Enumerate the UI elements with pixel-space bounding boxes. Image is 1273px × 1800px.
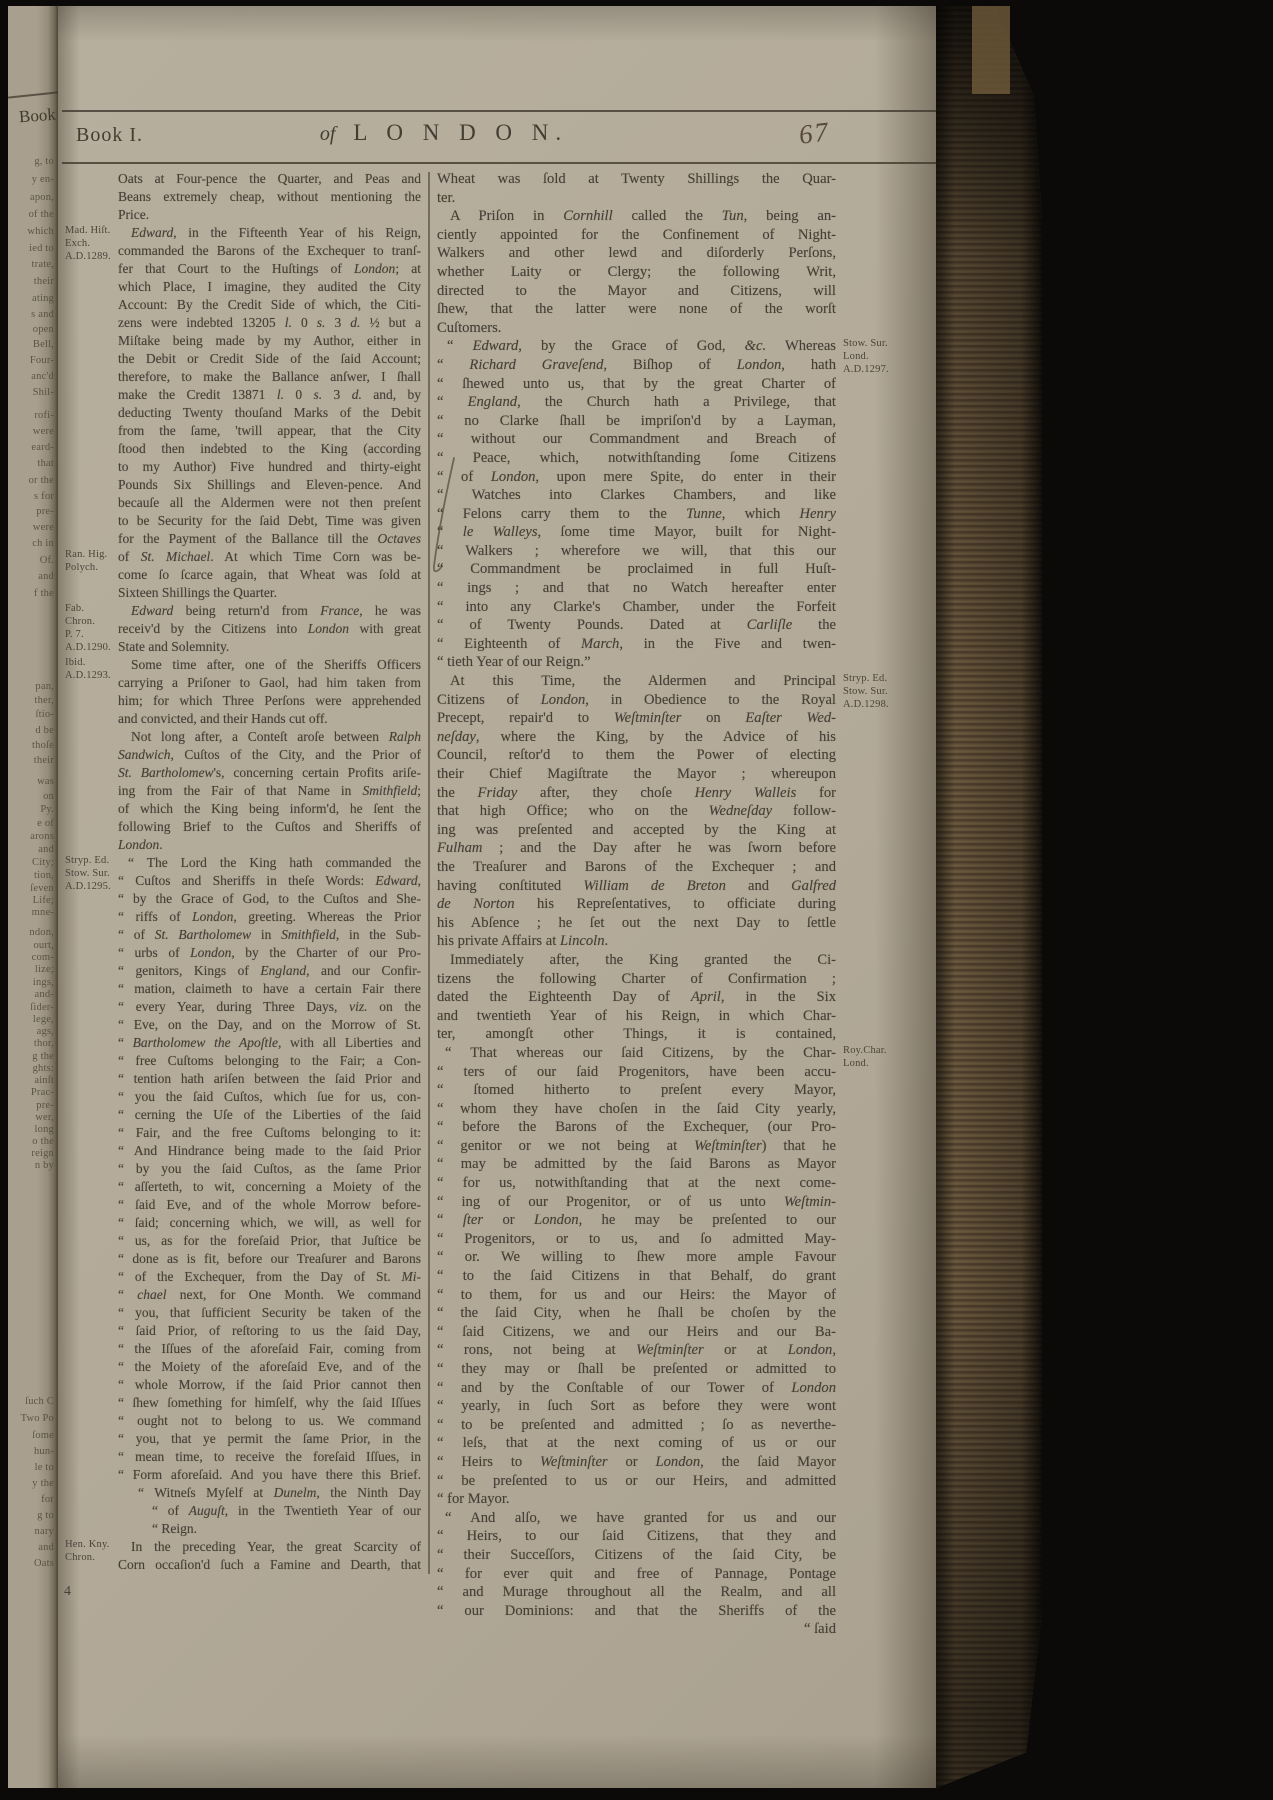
prev-page-fragment: lize; <box>35 964 54 975</box>
text-line: Cuſtomers. <box>437 319 836 338</box>
header-title: of L O N D O N. <box>62 120 826 146</box>
prev-page-fragment: hun- <box>34 1446 54 1457</box>
prev-page-fragment: ſeven <box>30 883 54 894</box>
prev-page-fragment: ainſt <box>34 1075 54 1086</box>
prev-page-fragment: ings, <box>33 977 54 988</box>
text-line: “ the Iſſues of the aforeſaid Fair, comi… <box>118 1340 421 1358</box>
text-body: Mad. Hiſt.Exch.A.D.1289.Ran. Hig.Polych.… <box>62 170 936 1660</box>
text-line: “ aſſerteth, to wit, concerning a Moiety… <box>118 1178 421 1196</box>
text-line: “ Progenitors, or to us, and ſo admitted… <box>437 1230 836 1249</box>
left-margin-notes: Mad. Hiſt.Exch.A.D.1289.Ran. Hig.Polych.… <box>62 170 118 1660</box>
text-line: “ the ſaid City, when he ſhall be choſen… <box>437 1304 836 1323</box>
prev-page-fragment: of the <box>29 209 54 220</box>
text-line: In the preceding Year, the great Scarcit… <box>118 1538 421 1556</box>
text-line: “ genitor or we not being at Weſtminſter… <box>437 1137 836 1156</box>
text-line: deducting Twenty thouſand Marks of the D… <box>118 404 421 422</box>
text-line: “ And Hindrance being made to the ſaid P… <box>118 1142 421 1160</box>
prev-page-fragment: Oats <box>34 1558 54 1569</box>
prev-page-fragment: pre- <box>36 506 54 517</box>
text-line: his Abſence ; he ſet out the next Day to… <box>437 914 836 933</box>
prev-page-fragment: were <box>33 522 54 533</box>
text-line: whether Laity or Clergy; the following W… <box>437 263 836 282</box>
text-line: “ of St. Bartholomew in Smithfield, in t… <box>118 926 421 944</box>
prev-page-fragment: com- <box>32 952 54 963</box>
text-line: Oats at Four-pence the Quarter, and Peas… <box>118 170 421 188</box>
margin-note: Ibid.A.D.1293. <box>65 656 111 682</box>
text-line: ciently appointed for the Confinement of… <box>437 226 836 245</box>
text-line: “ Reign. <box>118 1520 421 1538</box>
text-line: ſhew, that the latter were none of the w… <box>437 300 836 319</box>
text-line: “ Eighteenth of March, in the Five and t… <box>437 635 836 654</box>
text-line: “ you the ſaid Cuſtos, which ſue for us,… <box>118 1088 421 1106</box>
text-line: “ their Succeſſors, Citizens of the ſaid… <box>437 1546 836 1565</box>
text-line: receiv'd by the Citizens into London wit… <box>118 620 421 638</box>
margin-note: Stow. Sur.Lond.A.D.1297. <box>843 337 889 376</box>
prev-page-fragment: were <box>33 426 54 437</box>
text-line: “ the Moiety of the aforeſaid Eve, and o… <box>118 1358 421 1376</box>
prev-page-fragment: ating <box>32 293 54 304</box>
header-london: L O N D O N. <box>353 120 568 145</box>
text-line: Price. <box>118 206 421 224</box>
text-line: “ for Mayor. <box>437 1490 836 1509</box>
text-line: their Chief Magiſtrate the Mayor ; where… <box>437 765 836 784</box>
prev-page-fragment: for <box>41 1494 54 1505</box>
margin-note: Ran. Hig.Polych. <box>65 548 107 574</box>
text-line: for the Payment of the Ballance till the… <box>118 530 421 548</box>
prev-page-fragment: Life; <box>33 895 54 906</box>
text-line: directed to the Mayor and Citizens, will <box>437 282 836 301</box>
prev-page-fragment: anc'd <box>31 371 54 382</box>
prev-page-fragment: was <box>37 776 54 787</box>
text-line: and convicted, and their Hands cut off. <box>118 710 421 728</box>
text-line: fer that Court to the Huſtings of London… <box>118 260 421 278</box>
text-line: come ſo ſcarce again, that Wheat was ſol… <box>118 566 421 584</box>
prev-page-fragment: ſuch C <box>25 1396 54 1407</box>
text-line: Pounds Six Shillings and Eleven-pence. A… <box>118 476 421 494</box>
right-text-column: Wheat was ſold at Twenty Shillings the Q… <box>437 170 836 1639</box>
text-line: neſday, where the King, by the Advice of… <box>437 728 836 747</box>
text-line: Edward being return'd from France, he wa… <box>118 602 421 620</box>
text-line: Corn occaſion'd ſuch a Famine and Dearth… <box>118 1556 421 1574</box>
prev-page-fragment: Two Po <box>21 1413 54 1424</box>
prev-page-fragment: ther, <box>34 695 54 706</box>
prev-page-fragment: ied to <box>29 243 54 254</box>
text-line: Wheat was ſold at Twenty Shillings the Q… <box>437 170 836 189</box>
text-line: “ And alſo, we have granted for us and o… <box>437 1509 836 1528</box>
text-line: Beans extremely cheap, without mentionin… <box>118 188 421 206</box>
text-line: from the ſame, 'twill appear, that the C… <box>118 422 421 440</box>
column-gutter <box>421 170 437 1660</box>
page-number: 67 <box>797 116 832 151</box>
text-line: Miſtake being made by my Author, either … <box>118 332 421 350</box>
right-margin-notes: Stow. Sur.Lond.A.D.1297.Stryp. Ed.Stow. … <box>836 170 936 1660</box>
text-line: “ may be admitted by the ſaid Barons as … <box>437 1155 836 1174</box>
scanned-book-photo: { "colors":{"paper":"#b3aa99","ink":"#45… <box>0 0 1273 1800</box>
prev-page-fragment: that <box>37 458 54 469</box>
text-line: “ whole Morrow, if the ſaid Prior cannot… <box>118 1376 421 1394</box>
prev-page-fragment: ghts: <box>33 1063 54 1074</box>
text-line: the Friday after, they choſe Henry Walle… <box>437 784 836 803</box>
text-line: “ ſtomed hitherto to preſent every Mayor… <box>437 1081 836 1100</box>
margin-note: Roy.Char.Lond. <box>843 1044 887 1070</box>
text-line: “ to them, for us and our Heirs: the May… <box>437 1286 836 1305</box>
text-line: “ ſhewed unto us, that by the great Char… <box>437 375 836 394</box>
text-line: “ Heirs to Weſtminſter or London, the ſa… <box>437 1453 836 1472</box>
text-line: to my Author) Five hundred and thirty-ei… <box>118 458 421 476</box>
text-line: Not long after, a Conteſt aroſe between … <box>118 728 421 746</box>
text-line: “ leſs, that at the next coming of us or… <box>437 1434 836 1453</box>
text-line: “ Edward, by the Grace of God, &c. Where… <box>437 337 836 356</box>
text-line: “ Heirs, to our ſaid Citizens, that they… <box>437 1527 836 1546</box>
prev-page-fragment: long <box>35 1124 54 1135</box>
text-line: “ ſter or London, he may be preſented to… <box>437 1211 836 1230</box>
text-line: “ Richard Graveſend, Biſhop of London, h… <box>437 356 836 375</box>
prev-page-fragment: g to <box>37 1510 54 1521</box>
text-line: Precept, repair'd to Weſtminſter on Eaſt… <box>437 709 836 728</box>
text-line: carrying a Priſoner to Gaol, had him tak… <box>118 674 421 692</box>
prev-page-fragment: ourt, <box>33 940 54 951</box>
text-line: “ of the Exchequer, from the Day of St. … <box>118 1268 421 1286</box>
text-line: A Priſon in Cornhill called the Tun, bei… <box>437 207 836 226</box>
book-scan-background: Book g, toy en-apon,of thewhichied totra… <box>0 0 1273 1800</box>
text-line: “ for us, notwithſtanding that at the ne… <box>437 1174 836 1193</box>
prev-page-fragment: f the <box>34 588 54 599</box>
text-line: “ cerning the Uſe of the Liberties of th… <box>118 1106 421 1124</box>
prev-page-fragment: g, to <box>34 156 54 167</box>
text-line: “ mation, claimeth to have a certain Fai… <box>118 980 421 998</box>
text-line: Account: By the Credit Side of which, th… <box>118 296 421 314</box>
text-line: ſtood then indebted to the King (accordi… <box>118 440 421 458</box>
text-line: “ ſaid <box>437 1620 836 1639</box>
prev-page-fragment: ndon, <box>29 927 54 938</box>
text-line: “ or. We willing to ſhew more ample Favo… <box>437 1248 836 1267</box>
text-line: of which the King being inform'd, he ſen… <box>118 800 421 818</box>
prev-page-fragment: ſtio- <box>36 709 55 720</box>
prev-page-fragment: arons <box>30 831 54 842</box>
text-line: “ Bartholomew the Apoſtle, with all Libe… <box>118 1034 421 1052</box>
prev-page-fragment: n by <box>35 1160 54 1171</box>
prev-page-fragment: on <box>43 791 54 802</box>
prev-page-fragment: Shil- <box>33 387 54 398</box>
margin-note: Fab.Chron.P. 7.A.D.1290. <box>65 602 111 654</box>
prev-page-fragment: o the <box>32 1136 54 1147</box>
prev-page-fragment: y the <box>32 1478 54 1489</box>
text-line: “ Cuſtos and Sheriffs in theſe Words: Ed… <box>118 872 421 890</box>
prev-page-fragment: mne- <box>32 907 54 918</box>
text-line: and twentieth Year of his Reign, in whic… <box>437 1007 836 1026</box>
text-line: him; for which Three Perſons were appreh… <box>118 692 421 710</box>
text-line: “ you, that ſufficient Security be taken… <box>118 1304 421 1322</box>
header-of: of <box>320 123 336 145</box>
text-line: that high Office; who on the Wedneſday f… <box>437 802 836 821</box>
text-line: tizens the following Charter of Confirma… <box>437 970 836 989</box>
text-line: “ of Auguſt, in the Twentieth Year of ou… <box>118 1502 421 1520</box>
margin-note: Stryp. Ed.Stow. Sur.A.D.1295. <box>65 854 111 893</box>
prev-page-fragment: le to <box>35 1462 54 1473</box>
text-line: “ mean time, to receive the foreſaid Iſſ… <box>118 1448 421 1466</box>
text-line: “ urbs of London, by the Charter of our … <box>118 944 421 962</box>
text-line: “ by the Grace of God, to the Cuſtos and… <box>118 890 421 908</box>
text-line: “ ings ; and that no Watch hereafter ent… <box>437 579 836 598</box>
prev-page-fragment: lege, <box>33 1014 54 1025</box>
text-line: of St. Michael. At which Time Corn was b… <box>118 548 421 566</box>
text-line: “ tieth Year of our Reign.” <box>437 653 836 672</box>
text-line: becauſe all the Aldermen were not then p… <box>118 494 421 512</box>
text-line: “ ſaid Prior, of reſtoring to us the ſai… <box>118 1322 421 1340</box>
text-line: “ Eve, on the Day, and on the Morrow of … <box>118 1016 421 1034</box>
prev-page-fragment: pre- <box>36 1100 54 1111</box>
text-line: zens were indebted 13205 l. 0 s. 3 d. ½ … <box>118 314 421 332</box>
prev-page-fragment: eard- <box>31 442 54 453</box>
text-line: “ to the ſaid Citizens in that Behalf, d… <box>437 1267 836 1286</box>
text-line: “ they may or ſhall be preſented or admi… <box>437 1360 836 1379</box>
text-line: Some time after, one of the Sheriffs Off… <box>118 656 421 674</box>
text-line: “ free Cuſtoms belonging to the Fair; a … <box>118 1052 421 1070</box>
prev-page-fragment: and <box>38 571 54 582</box>
text-line: his private Affairs at Lincoln. <box>437 932 836 951</box>
text-line: “ chael next, for One Month. We command <box>118 1286 421 1304</box>
column-divider-rule <box>428 172 430 1574</box>
book-fore-edge <box>936 6 1042 1788</box>
text-line: “ no Clarke ſhall be impriſon'd by a Lay… <box>437 412 836 431</box>
text-line: the Debit or Credit Side of the ſaid Acc… <box>118 350 421 368</box>
prev-page-fragment: s and <box>31 309 54 320</box>
text-line: “ le Walleys, ſome time Mayor, built for… <box>437 523 836 542</box>
text-line: which Place, I imagine, they audited the… <box>118 278 421 296</box>
fore-edge-notch <box>972 6 1010 94</box>
prev-page-fragment: and <box>38 1542 54 1553</box>
text-line: Immediately after, the King granted the … <box>437 951 836 970</box>
previous-page-edge: Book g, toy en-apon,of thewhichied totra… <box>8 6 58 1788</box>
text-line: “ ſhew ſomething for himſelf, why the ſa… <box>118 1394 421 1412</box>
text-line: “ done as is fit, before our Treaſurer a… <box>118 1250 421 1268</box>
prev-page-fragment: or the <box>29 475 54 486</box>
text-line: “ ters of our ſaid Progenitors, have bee… <box>437 1063 836 1082</box>
text-line: “ before the Barons of the Exchequer, (o… <box>437 1118 836 1137</box>
prev-page-fragment: Py. <box>40 804 54 815</box>
text-line: “ Walkers ; wherefore we will, that this… <box>437 542 836 561</box>
prev-page-fragment: which <box>27 226 54 237</box>
text-line: ing was preſented and accepted by the Ki… <box>437 821 836 840</box>
text-line: “ rons, not being at Weſtminſter or at L… <box>437 1341 836 1360</box>
text-line: “ ing of our Progenitor, or of us unto W… <box>437 1193 836 1212</box>
text-line: following Brief to the Cuſtos and Sherif… <box>118 818 421 836</box>
text-line: “ tention hath ariſen between the ſaid P… <box>118 1070 421 1088</box>
text-line: “ ſaid Citizens, we and our Heirs and ou… <box>437 1323 836 1342</box>
text-line: make the Credit 13871 l. 0 s. 3 d. and, … <box>118 386 421 404</box>
running-header: Book I. of L O N D O N. 67 <box>62 110 936 164</box>
text-line: Sixteen Shillings the Quarter. <box>118 584 421 602</box>
prev-page-fragment: ſome <box>32 1430 54 1441</box>
prev-page-fragment: y en- <box>32 174 54 185</box>
prev-page-fragment: d be <box>35 725 54 736</box>
prev-page-fragment: ſider- <box>30 1002 54 1013</box>
text-line: “ for ever quit and free of Pannage, Pon… <box>437 1565 836 1584</box>
text-line: “ riffs of London, greeting. Whereas the… <box>118 908 421 926</box>
prev-page-fragment: Of. <box>40 555 54 566</box>
text-line: “ by you the ſaid Cuſtos, as the ſame Pr… <box>118 1160 421 1178</box>
text-line: London. <box>118 836 421 854</box>
text-line: “ of Twenty Pounds. Dated at Carliſle th… <box>437 616 836 635</box>
signature-mark: 4 <box>64 1584 71 1600</box>
text-line: “ our Dominions: and that the Sheriffs o… <box>437 1602 836 1621</box>
text-line: “ and Murage throughout all the Realm, a… <box>437 1583 836 1602</box>
prev-page-fragment: rofi- <box>34 410 54 421</box>
prev-page-fragment: ags, <box>37 1026 54 1037</box>
prev-page-fragment: and- <box>35 989 54 1000</box>
text-line: “ ſaid Eve, and of the whole Morrow befo… <box>118 1196 421 1214</box>
text-line: “ Commandment be proclaimed in full Huſt… <box>437 560 836 579</box>
text-line: “ Watches into Clarkes Chambers, and lik… <box>437 486 836 505</box>
text-line: ter, amongſt other Things, it is contain… <box>437 1025 836 1044</box>
text-line: “ genitors, Kings of England, and our Co… <box>118 962 421 980</box>
text-line: “ you, that ye permit the ſame Prior, in… <box>118 1430 421 1448</box>
left-text-column: Oats at Four-pence the Quarter, and Peas… <box>118 170 421 1574</box>
prev-page-fragment: apon, <box>30 192 54 203</box>
text-line: “ Witneſs Myſelf at Dunelm, the Ninth Da… <box>118 1484 421 1502</box>
text-line: “ yearly, in ſuch Sort as before they we… <box>437 1397 836 1416</box>
prev-page-fragment: their <box>34 276 54 287</box>
prev-page-fragment: Four- <box>30 355 54 366</box>
text-line: Sandwich, Cuſtos of the City, and the Pr… <box>118 746 421 764</box>
text-line: therefore, to make the Ballance anſwer, … <box>118 368 421 386</box>
text-line: Edward, in the Fifteenth Year of his Rei… <box>118 224 421 242</box>
text-line: ter. <box>437 189 836 208</box>
text-line: “ be preſented to us or our Heirs, and a… <box>437 1472 836 1491</box>
text-line: “ Felons carry them to the Tunne, which … <box>437 505 836 524</box>
text-line: “ That whereas our ſaid Citizens, by the… <box>437 1044 836 1063</box>
text-line: “ Peace, which, notwithſtanding ſome Cit… <box>437 449 836 468</box>
text-line: Fulham ; and the Day after he was ſworn … <box>437 839 836 858</box>
margin-note: Stryp. Ed.Stow. Sur.A.D.1298. <box>843 672 889 711</box>
text-line: having conſtituted William de Breton and… <box>437 877 836 896</box>
margin-note: Mad. Hiſt.Exch.A.D.1289. <box>65 224 111 263</box>
previous-page-header-fragment: Book <box>19 105 57 128</box>
text-line: “ to be preſented and admitted ; ſo as n… <box>437 1416 836 1435</box>
text-line: “ ought not to belong to us. We command <box>118 1412 421 1430</box>
prev-page-fragment: trate, <box>32 259 54 270</box>
text-line: “ ſaid; concerning which, we will, as we… <box>118 1214 421 1232</box>
prev-page-fragment: thor, <box>34 1038 54 1049</box>
prev-page-fragment: thoſe <box>32 740 54 751</box>
text-line: State and Solemnity. <box>118 638 421 656</box>
prev-page-fragment: their <box>34 755 54 766</box>
prev-page-fragment: Prac- <box>31 1087 54 1098</box>
prev-page-fragment: tion, <box>34 870 54 881</box>
prev-page-fragment: e of <box>37 818 54 829</box>
text-line: dated the Eighteenth Day of April, in th… <box>437 988 836 1007</box>
text-line: “ Form aforeſaid. And you have there thi… <box>118 1466 421 1484</box>
text-line: Walkers and other lewd and diſorderly Pe… <box>437 244 836 263</box>
text-line: “ of London, upon mere Spite, do enter i… <box>437 468 836 487</box>
prev-page-fragment: Bell, <box>33 339 54 350</box>
prev-page-fragment: pan, <box>35 681 54 692</box>
text-line: Citizens of London, in Obedience to the … <box>437 691 836 710</box>
text-line: “ Fair, and the free Cuſtoms belonging t… <box>118 1124 421 1142</box>
text-line: to be Security for the ſaid Debt, Time w… <box>118 512 421 530</box>
text-line: commanded the Barons of the Exchequer to… <box>118 242 421 260</box>
text-line: Council, reſtor'd to them the Power of e… <box>437 746 836 765</box>
text-line: de Norton his Repreſentatives, to offici… <box>437 895 836 914</box>
prev-page-fragment: nary <box>35 1526 54 1537</box>
prev-page-fragment: City; <box>32 857 54 868</box>
text-line: At this Time, the Aldermen and Principal <box>437 672 836 691</box>
prev-page-fragment: wer, <box>35 1112 54 1123</box>
text-line: “ into any Clarke's Chamber, under the F… <box>437 598 836 617</box>
margin-note: Hen. Kny.Chron. <box>65 1538 110 1564</box>
previous-page-rule <box>8 91 58 98</box>
text-line: ing from the Fair of that Name in Smithf… <box>118 782 421 800</box>
prev-page-fragment: ch in <box>32 538 54 549</box>
text-line: St. Bartholomew's, concerning certain Pr… <box>118 764 421 782</box>
text-line: “ without our Commandment and Breach of <box>437 430 836 449</box>
text-line: “ us, as for the foreſaid Prior, that Ju… <box>118 1232 421 1250</box>
text-line: the Treaſurer and Barons of the Excheque… <box>437 858 836 877</box>
text-line: “ The Lord the King hath commanded the <box>118 854 421 872</box>
text-line: “ every Year, during Three Days, viz. on… <box>118 998 421 1016</box>
prev-page-fragment: s for <box>34 491 54 502</box>
page-scan: Book I. of L O N D O N. 67 Mad. Hiſt.Exc… <box>58 6 936 1788</box>
prev-page-fragment: reign <box>31 1148 54 1159</box>
prev-page-fragment: and <box>38 844 54 855</box>
text-line: “ England, the Church hath a Privilege, … <box>437 393 836 412</box>
text-line: “ whom they have choſen in the ſaid City… <box>437 1100 836 1119</box>
text-line: “ and by the Conſtable of our Tower of L… <box>437 1379 836 1398</box>
prev-page-fragment: g the <box>32 1051 54 1062</box>
prev-page-fragment: open <box>33 324 54 335</box>
